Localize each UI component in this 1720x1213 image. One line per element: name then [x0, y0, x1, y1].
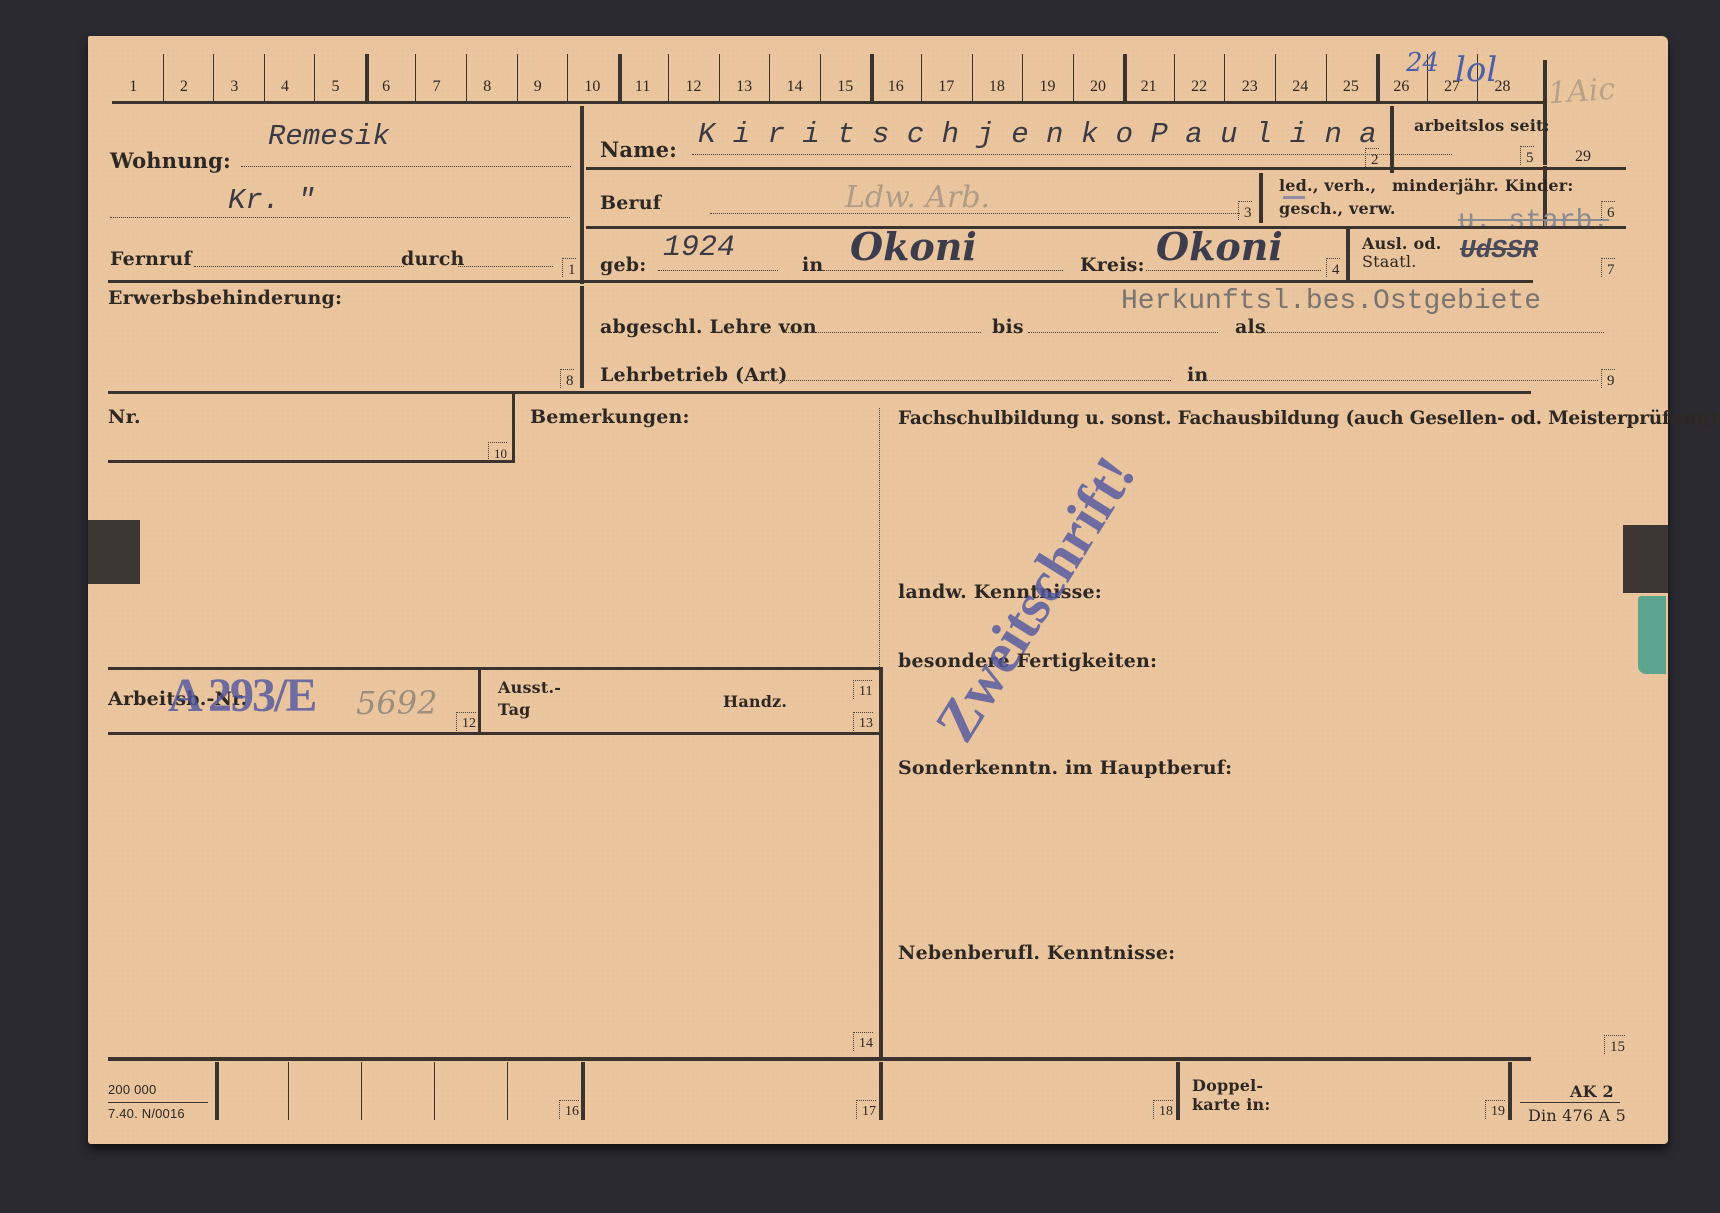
field-no-13: 13: [853, 712, 873, 731]
green-crayon-mark: [1638, 596, 1666, 674]
lehrbetrieb-in-label: in: [1187, 364, 1208, 386]
bemerkungen-label: Bemerkungen:: [530, 406, 690, 428]
kinder-value[interactable]: u. starb.: [1458, 206, 1609, 237]
bottom-div-9: [1508, 1062, 1512, 1120]
ruler-baseline: [112, 101, 1547, 104]
geb-label: geb:: [600, 254, 646, 276]
fachschul-label: Fachschulbildung u. sonst. Fachausbildun…: [898, 408, 1720, 429]
arbeitsbuch-value[interactable]: 5692: [356, 684, 437, 722]
field-no-7: 7: [1601, 258, 1615, 277]
ruler-divider: [972, 54, 973, 102]
ruler-divider: [365, 54, 369, 102]
left-right-divider-lower: [879, 669, 883, 1057]
wohnung-label: Wohnung:: [110, 148, 231, 173]
ruler-divider: [769, 54, 770, 102]
lehrbetrieb-in-line: [1206, 380, 1598, 381]
arbeitslos-label: arbeitslos seit:: [1414, 116, 1550, 135]
print-run-underline: [108, 1102, 208, 1103]
nr-box-bottom: [108, 460, 515, 463]
bottom-div-8: [1176, 1062, 1180, 1120]
ruler-divider: [668, 54, 669, 102]
nr-label: Nr.: [108, 406, 141, 428]
ruler-divider: [870, 54, 874, 102]
wohnung-kreis-value[interactable]: Kr. ": [228, 184, 315, 217]
field-no-10: 10: [488, 442, 507, 461]
ruler-divider: [1174, 54, 1175, 102]
durch-line: [458, 266, 553, 267]
main-vertical-divider-2: [580, 286, 584, 388]
row-divider-beruf: [586, 226, 1626, 229]
ruler-divider: [719, 54, 720, 102]
ruler-col-22: 22: [1191, 78, 1207, 96]
bottom-div-2: [288, 1062, 289, 1120]
ruler-divider: [314, 54, 315, 102]
ruler-col-4: 4: [281, 78, 289, 96]
doppelkarte-label-2: karte in:: [1192, 1095, 1270, 1114]
ruler-divider: [213, 54, 214, 102]
bottom-div-6: [581, 1062, 585, 1120]
ruler-col-13: 13: [736, 78, 752, 96]
ruler-col-24: 24: [1292, 78, 1308, 96]
familienstand-label-2: gesch., verw.: [1279, 199, 1396, 218]
name-line: [692, 154, 1452, 155]
lehre-als-line: [1264, 332, 1604, 333]
geb-line: [658, 270, 778, 271]
sonderkenntn-label: Sonderkenntn. im Hauptberuf:: [898, 757, 1232, 779]
ruler-divider: [163, 54, 164, 102]
ruler-col-19: 19: [1039, 78, 1055, 96]
arbeitsbuch-stamp: A 293/E: [168, 668, 315, 723]
ruler-divider: [264, 54, 265, 102]
ruler-divider: [1073, 54, 1074, 102]
nebenberuf-label: Nebenberufl. Kenntnisse:: [898, 942, 1175, 964]
ruler-divider: [517, 54, 518, 102]
staat-label-1: Ausl. od.: [1362, 234, 1442, 253]
field-no-8: 8: [560, 369, 574, 388]
staat-divider: [1346, 228, 1350, 280]
field-no-2: 2: [1365, 148, 1379, 167]
handz-label: Handz.: [723, 692, 787, 711]
field-no-14: 14: [853, 1032, 873, 1051]
ruler-col-21: 21: [1141, 78, 1157, 96]
bottom-div-5: [507, 1062, 508, 1120]
ruler-divider: [820, 54, 821, 102]
print-code: 7.40. N/0016: [108, 1106, 185, 1121]
lehre-bis-line: [1028, 332, 1218, 333]
ruler-col-7: 7: [433, 78, 441, 96]
durch-label: durch: [401, 248, 465, 270]
ruler-col-10: 10: [584, 78, 600, 96]
fernruf-line: [194, 266, 404, 267]
doppelkarte-label-1: Doppel-: [1192, 1076, 1263, 1095]
geb-in-line: [823, 270, 1063, 271]
field-no-3: 3: [1238, 201, 1252, 220]
field-no-4: 4: [1326, 258, 1340, 277]
ruler-col-9: 9: [534, 78, 542, 96]
field-no-16: 16: [559, 1100, 579, 1119]
staat-value[interactable]: UdSSR: [1460, 235, 1538, 265]
din-code: Din 476 A 5: [1528, 1106, 1626, 1125]
lehre-von-line: [783, 332, 981, 333]
ruler-col-29: 29: [1575, 148, 1591, 166]
row-divider-fernruf: [108, 280, 1533, 283]
familienstand-strike-mark: [1283, 196, 1305, 199]
lehre-label: abgeschl. Lehre von: [600, 316, 817, 338]
ruler-divider: [1224, 54, 1225, 102]
geb-in-value[interactable]: Okoni: [850, 224, 977, 269]
left-edge-tab-mark: [88, 520, 140, 584]
beruf-value[interactable]: Ldw. Arb.: [845, 180, 990, 215]
ausst-tag-label-1: Ausst.-: [498, 678, 561, 697]
ruler-divider: [1376, 54, 1380, 102]
main-vertical-divider: [580, 106, 584, 284]
ruler-divider: [618, 54, 622, 102]
ruler-col-11: 11: [635, 78, 650, 96]
arbeitsbuch-divider: [478, 670, 481, 732]
col26-annotation: 24: [1406, 48, 1439, 78]
form-id: AK 2: [1570, 1082, 1614, 1101]
field-no-11: 11: [853, 680, 872, 699]
bottom-div-1: [215, 1062, 219, 1120]
ruler-col-16: 16: [888, 78, 904, 96]
beruf-label: Beruf: [600, 192, 661, 214]
ruler-divider: [921, 54, 922, 102]
ruler-divider: [415, 54, 416, 102]
nr-box-right: [512, 394, 515, 462]
form-id-underline: [1520, 1102, 1620, 1103]
bottom-div-4: [434, 1062, 435, 1120]
name-label: Name:: [600, 137, 677, 162]
ruler-col-25: 25: [1343, 78, 1359, 96]
bottom-strip-top: [108, 1057, 1531, 1061]
ruler-col-3: 3: [230, 78, 238, 96]
field-no-5: 5: [1520, 146, 1534, 165]
staat-label-2: Staatl.: [1362, 252, 1417, 271]
kinder-label: minderjähr. Kinder:: [1392, 176, 1573, 195]
ruler-col-12: 12: [686, 78, 702, 96]
wohnung-line-2: [110, 217, 570, 218]
lehre-bis-label: bis: [992, 316, 1024, 338]
fernruf-label: Fernruf: [110, 248, 192, 270]
ausst-tag-label-2: Tag: [498, 700, 531, 719]
kreis-line: [1146, 270, 1321, 271]
lehrbetrieb-label: Lehrbetrieb (Art): [600, 364, 788, 386]
registration-card: 29 1234567891011121314151617181920212223…: [88, 36, 1668, 1144]
ruler-col-23: 23: [1242, 78, 1258, 96]
ruler-divider: [1022, 54, 1023, 102]
ruler-col-2: 2: [180, 78, 188, 96]
beruf-line: [710, 213, 1240, 214]
ruler-col-17: 17: [938, 78, 954, 96]
lehrbetrieb-line: [761, 380, 1171, 381]
field-no-6: 6: [1601, 201, 1615, 220]
wohnung-value[interactable]: Remesik: [268, 120, 390, 153]
ruler-col-20: 20: [1090, 78, 1106, 96]
herkunft-value[interactable]: Herkunftsl.bes.Ostgebiete: [1121, 286, 1541, 317]
ruler-divider: [1275, 54, 1276, 102]
bottom-div-7: [879, 1062, 883, 1120]
ruler-col-26: 26: [1393, 78, 1409, 96]
ruler-col-15: 15: [837, 78, 853, 96]
ruler-col-18: 18: [989, 78, 1005, 96]
field-no-15: 15: [1604, 1035, 1625, 1054]
bottom-div-3: [361, 1062, 362, 1120]
field-no-18: 18: [1153, 1100, 1173, 1119]
col27-annotation: lol: [1455, 50, 1497, 90]
familienstand-divider: [1259, 173, 1263, 223]
print-run: 200 000: [108, 1082, 156, 1097]
row-divider-arbeitsbuch-bottom: [108, 732, 881, 735]
ruler-col-14: 14: [787, 78, 803, 96]
geb-in-label: in: [802, 254, 823, 276]
kreis-label: Kreis:: [1080, 254, 1145, 276]
erwerbsbehinderung-label: Erwerbsbehinderung:: [108, 287, 342, 309]
field-no-19: 19: [1485, 1100, 1505, 1119]
name-value[interactable]: K i r i t s c h j e n k o P a u l i n a: [698, 118, 1377, 151]
ruler-divider: [1326, 54, 1327, 102]
ruler-col-1: 1: [129, 78, 137, 96]
field-no-1: 1: [562, 258, 576, 277]
row-divider-name: [586, 167, 1626, 170]
field-no-12: 12: [456, 712, 476, 731]
geb-value[interactable]: 1924: [663, 231, 735, 265]
ruler-col-8: 8: [483, 78, 491, 96]
ruler-divider: [1123, 54, 1127, 102]
corner-note: 1Aic: [1547, 72, 1616, 112]
arbeitslos-divider: [1390, 106, 1394, 173]
familienstand-label-1: led., verh.,: [1279, 176, 1376, 195]
ruler-col-6: 6: [382, 78, 390, 96]
ruler-col-5: 5: [332, 78, 340, 96]
field-no-17: 17: [856, 1100, 876, 1119]
kreis-value[interactable]: Okoni: [1156, 224, 1283, 269]
field-no-9: 9: [1601, 369, 1615, 388]
wohnung-line: [241, 166, 571, 167]
row-divider-lehre: [108, 391, 1531, 394]
right-edge-tab-mark: [1623, 525, 1668, 593]
ruler-divider: [466, 54, 467, 102]
ruler-divider: [567, 54, 568, 102]
lehre-als-label: als: [1235, 316, 1266, 338]
